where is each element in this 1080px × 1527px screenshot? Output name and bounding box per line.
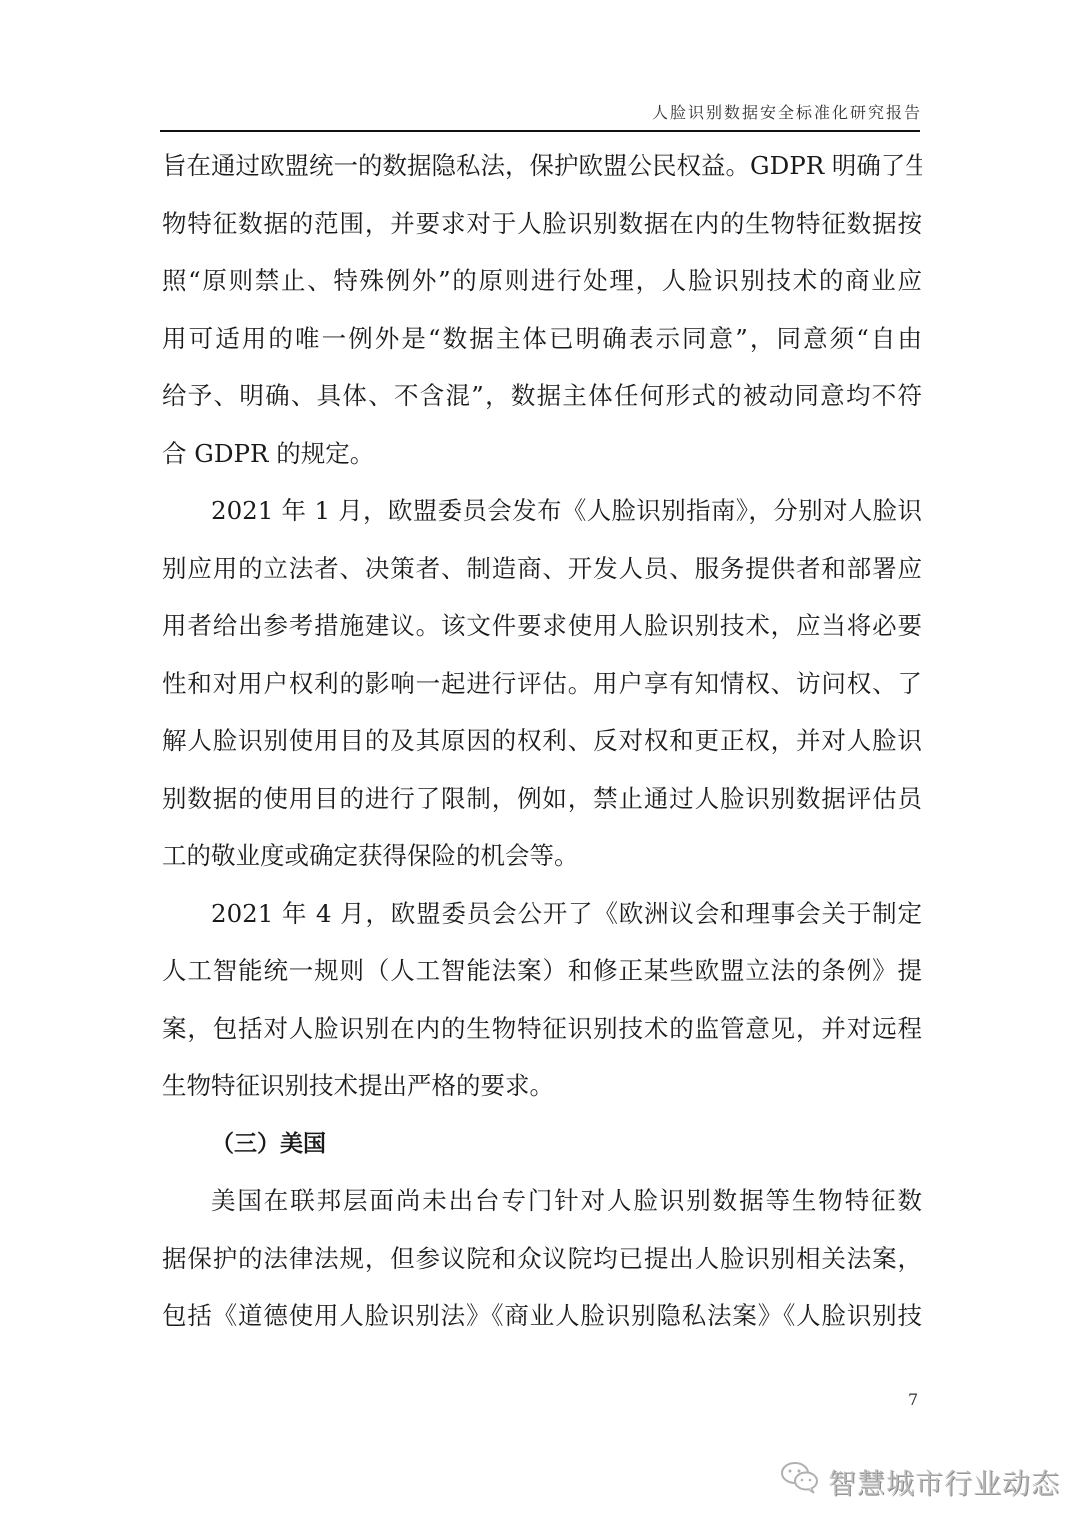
- text-line: 别数据的使用目的进行了限制，例如，禁止通过人脸识别数据评估员: [162, 779, 922, 837]
- section-heading-usa: （三）美国: [162, 1124, 922, 1182]
- text-line: 解人脸识别使用目的及其原因的权利、反对权和更正权，并对人脸识: [162, 721, 922, 779]
- paragraph-usa-federal: 美国在联邦层面尚未出台专门针对人脸识别数据等生物特征数 据保护的法律法规，但参议…: [162, 1181, 922, 1354]
- report-title: 人脸识别数据安全标准化研究报告: [652, 100, 922, 123]
- text-line: 据保护的法律法规，但参议院和众议院均已提出人脸识别相关法案，: [162, 1239, 922, 1297]
- header-divider: [160, 130, 920, 132]
- text-line: 包括《道德使用人脸识别法》《商业人脸识别隐私法案》《人脸识别技: [162, 1296, 922, 1354]
- text-line: 案，包括对人脸识别在内的生物特征识别技术的监管意见，并对远程: [162, 1009, 922, 1067]
- text-line: 2021 年 1 月，欧盟委员会发布《人脸识别指南》，分别对人脸识: [162, 491, 922, 549]
- paragraph-gdpr-continuation: 旨在通过欧盟统一的数据隐私法，保护欧盟公民权益。GDPR 明确了生 物特征数据的…: [162, 146, 922, 491]
- text-line: 性和对用户权利的影响一起进行评估。用户享有知情权、访问权、了: [162, 664, 922, 722]
- page-number: 7: [908, 1390, 918, 1409]
- text-line: 用可适用的唯一例外是“数据主体已明确表示同意”，同意须“自由: [162, 319, 922, 377]
- text-line: 2021 年 4 月，欧盟委员会公开了《欧洲议会和理事会关于制定: [162, 894, 922, 952]
- text-line: 旨在通过欧盟统一的数据隐私法，保护欧盟公民权益。GDPR 明确了生: [162, 146, 922, 204]
- text-line: 别应用的立法者、决策者、制造商、开发人员、服务提供者和部署应: [162, 549, 922, 607]
- text-line: 合 GDPR 的规定。: [162, 434, 922, 492]
- paragraph-face-recognition-guide: 2021 年 1 月，欧盟委员会发布《人脸识别指南》，分别对人脸识 别应用的立法…: [162, 491, 922, 894]
- text-line: 给予、明确、具体、不含混”，数据主体任何形式的被动同意均不符: [162, 376, 922, 434]
- text-line: 人工智能统一规则（人工智能法案）和修正某些欧盟立法的条例》提: [162, 951, 922, 1009]
- text-line: 照“原则禁止、特殊例外”的原则进行处理，人脸识别技术的商业应: [162, 261, 922, 319]
- text-line: 美国在联邦层面尚未出台专门针对人脸识别数据等生物特征数: [162, 1181, 922, 1239]
- wechat-icon: [780, 1460, 820, 1503]
- watermark-text: 智慧城市行业动态: [828, 1462, 1060, 1502]
- text-line: 工的敬业度或确定获得保险的机会等。: [162, 836, 922, 894]
- watermark: 智慧城市行业动态: [780, 1460, 1060, 1503]
- text-line: 生物特征识别技术提出严格的要求。: [162, 1066, 922, 1124]
- text-line: 用者给出参考措施建议。该文件要求使用人脸识别技术，应当将必要: [162, 606, 922, 664]
- text-line: 物特征数据的范围，并要求对于人脸识别数据在内的生物特征数据按: [162, 204, 922, 262]
- paragraph-ai-act: 2021 年 4 月，欧盟委员会公开了《欧洲议会和理事会关于制定 人工智能统一规…: [162, 894, 922, 1124]
- document-body: 旨在通过欧盟统一的数据隐私法，保护欧盟公民权益。GDPR 明确了生 物特征数据的…: [162, 146, 922, 1354]
